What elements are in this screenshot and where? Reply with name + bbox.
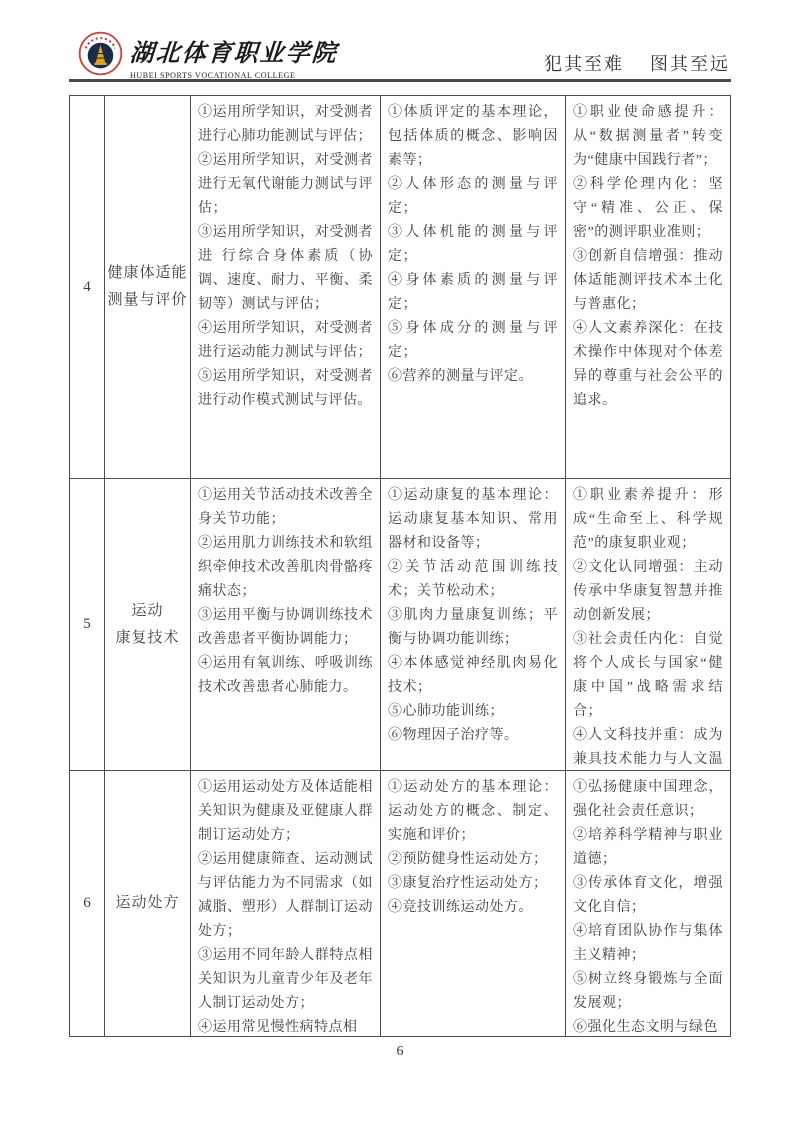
row-title-line: 康复技术 <box>115 625 179 652</box>
list-item: ②培养科学精神与职业道德； <box>573 824 723 872</box>
college-seal-icon <box>78 31 123 76</box>
table-row: 4 健康体适能测量与评价 ①运用所学知识，对受测者进行心肺功能测试与评估；②运用… <box>70 96 730 479</box>
row-title: 健康体适能测量与评价 <box>104 96 190 478</box>
list-item: ③运用所学知识，对受测者进 行综合身体素质（协调、速度、耐力、平衡、柔韧等）测试… <box>198 221 373 317</box>
knowledge-cell: ①体质评定的基本理论，包括体质的概念、影响因素等；②人体形态的测量与评定；③人体… <box>380 96 565 478</box>
list-item: ⑥营养的测量与评定。 <box>388 365 558 389</box>
values-cell: ①弘扬健康中国理念，强化社会责任意识；②培养科学精神与职业道德；③传承体育文化，… <box>565 771 730 1036</box>
list-item: ④身体素质的测量与评定； <box>388 269 558 317</box>
list-item: ②关节活动范围训练技术；关节松动术； <box>388 556 558 604</box>
knowledge-cell: ①运动康复的基本理论：运动康复基本知识、常用器材和设备等；②关节活动范围训练技术… <box>380 479 565 770</box>
list-item: ③社会责任内化：自觉将个人成长与国家“健康中国”战略需求结合； <box>573 628 723 724</box>
list-item: ②预防健身性运动处方； <box>388 848 558 872</box>
list-item: ③传承体育文化，增强文化自信； <box>573 872 723 920</box>
list-item: ④本体感觉神经肌肉易化技术； <box>388 652 558 700</box>
list-item: ④培育团队协作与集体主义精神； <box>573 920 723 968</box>
header-slogan: 犯其至难图其至远 <box>544 50 730 76</box>
skills-cell: ①运用运动处方及体适能相关知识为健康及亚健康人群制订运动处方；②运用健康筛查、运… <box>190 771 380 1036</box>
list-item: ⑥物理因子治疗等。 <box>388 724 558 748</box>
skills-cell: ①运用所学知识，对受测者进行心肺功能测试与评估；②运用所学知识，对受测者进行无氧… <box>190 96 380 478</box>
page-number: 6 <box>0 1044 800 1060</box>
document-page: 湖北体育职业学院 HUBEI SPORTS VOCATIONAL COLLEGE… <box>0 0 800 1131</box>
values-cell: ①职业素养提升：形成“生命至上、科学规范”的康复职业观；②文化认同增强：主动传承… <box>565 479 730 770</box>
list-item: ④运用常见慢性病特点相 <box>198 1016 373 1036</box>
college-name-block: 湖北体育职业学院 HUBEI SPORTS VOCATIONAL COLLEGE <box>130 33 338 80</box>
list-item: ④竞技训练运动处方。 <box>388 896 558 920</box>
list-item: ①弘扬健康中国理念，强化社会责任意识； <box>573 776 723 824</box>
list-item: ②运用所学知识，对受测者进行无氧代谢能力测试与评估； <box>198 149 373 221</box>
row-title-line: 运动处方 <box>115 890 179 917</box>
list-item: ③人体机能的测量与评定； <box>388 221 558 269</box>
row-title: 运动处方 <box>104 771 190 1036</box>
list-item: ⑤身体成分的测量与评定； <box>388 317 558 365</box>
list-item: ①职业使命感提升：从“数据测量者”转变为“健康中国践行者”； <box>573 101 723 173</box>
list-item: ③创新自信增强：推动体适能测评技术本土化与普惠化； <box>573 245 723 317</box>
row-number: 6 <box>70 771 104 1036</box>
list-item: ⑤运用所学知识，对受测者进行动作模式测试与评估。 <box>198 365 373 413</box>
list-item: ①运用关节活动技术改善全身关节功能； <box>198 484 373 532</box>
list-item: ⑤心肺功能训练； <box>388 700 558 724</box>
list-item: ④运用所学知识，对受测者进行运动能力测试与评估； <box>198 317 373 365</box>
row-title-line: 运动 <box>131 598 163 625</box>
table-row: 5 运动康复技术 ①运用关节活动技术改善全身关节功能；②运用肌力训练技术和软组织… <box>70 479 730 771</box>
list-item: ③康复治疗性运动处方； <box>388 872 558 896</box>
list-item: ④人文素养深化：在技术操作中体现对个体差异的尊重与社会公平的追求。 <box>573 317 723 413</box>
list-item: ①运用运动处方及体适能相关知识为健康及亚健康人群制订运动处方； <box>198 776 373 848</box>
row-number: 5 <box>70 479 104 770</box>
header-rule <box>69 79 731 82</box>
list-item: ②科学伦理内化：坚守“精准、公正、保密”的测评职业准则； <box>573 173 723 245</box>
list-item: ①体质评定的基本理论，包括体质的概念、影响因素等； <box>388 101 558 173</box>
list-item: ③肌肉力量康复训练；平衡与协调功能训练； <box>388 604 558 652</box>
slogan-right: 图其至远 <box>650 54 730 74</box>
list-item: ①运动康复的基本理论：运动康复基本知识、常用器材和设备等； <box>388 484 558 556</box>
row-number: 4 <box>70 96 104 478</box>
row-title-line: 测量与评价 <box>107 287 187 314</box>
slogan-left: 犯其至难 <box>544 54 624 74</box>
list-item: ②运用健康筛查、运动测试与评估能力为不同需求（如减脂、塑形）人群制订运动处方； <box>198 848 373 944</box>
list-item: ⑥强化生态文明与绿色 <box>573 1016 723 1036</box>
curriculum-table: 4 健康体适能测量与评价 ①运用所学知识，对受测者进行心肺功能测试与评估；②运用… <box>69 95 731 1037</box>
knowledge-cell: ①运动处方的基本理论：运动处方的概念、制定、实施和评价；②预防健身性运动处方；③… <box>380 771 565 1036</box>
list-item: ①运用所学知识，对受测者进行心肺功能测试与评估； <box>198 101 373 149</box>
list-item: ②运用肌力训练技术和软组织牵伸技术改善肌肉骨骼疼痛状态； <box>198 532 373 604</box>
list-item: ④人文科技并重：成为兼具技术能力与人文温度的康复专业人才。 <box>573 724 723 770</box>
list-item: ①职业素养提升：形成“生命至上、科学规范”的康复职业观； <box>573 484 723 556</box>
list-item: ③运用不同年龄人群特点相关知识为儿童青少年及老年人制订运动处方； <box>198 944 373 1016</box>
list-item: ③运用平衡与协调训练技术改善患者平衡协调能力； <box>198 604 373 652</box>
list-item: ⑤树立终身锻炼与全面发展观； <box>573 968 723 1016</box>
list-item: ①运动处方的基本理论：运动处方的概念、制定、实施和评价； <box>388 776 558 848</box>
table-row: 6 运动处方 ①运用运动处方及体适能相关知识为健康及亚健康人群制订运动处方；②运… <box>70 771 730 1036</box>
row-title-line: 健康体适能 <box>107 260 187 287</box>
college-name-zh: 湖北体育职业学院 <box>129 33 339 68</box>
list-item: ④运用有氧训练、呼吸训练技术改善患者心肺能力。 <box>198 652 373 700</box>
values-cell: ①职业使命感提升：从“数据测量者”转变为“健康中国践行者”；②科学伦理内化：坚守… <box>565 96 730 478</box>
list-item: ②文化认同增强：主动传承中华康复智慧并推动创新发展； <box>573 556 723 628</box>
table-body: 4 健康体适能测量与评价 ①运用所学知识，对受测者进行心肺功能测试与评估；②运用… <box>70 96 730 1036</box>
college-seal-logo <box>78 31 123 76</box>
row-title: 运动康复技术 <box>104 479 190 770</box>
skills-cell: ①运用关节活动技术改善全身关节功能；②运用肌力训练技术和软组织牵伸技术改善肌肉骨… <box>190 479 380 770</box>
list-item: ②人体形态的测量与评定； <box>388 173 558 221</box>
